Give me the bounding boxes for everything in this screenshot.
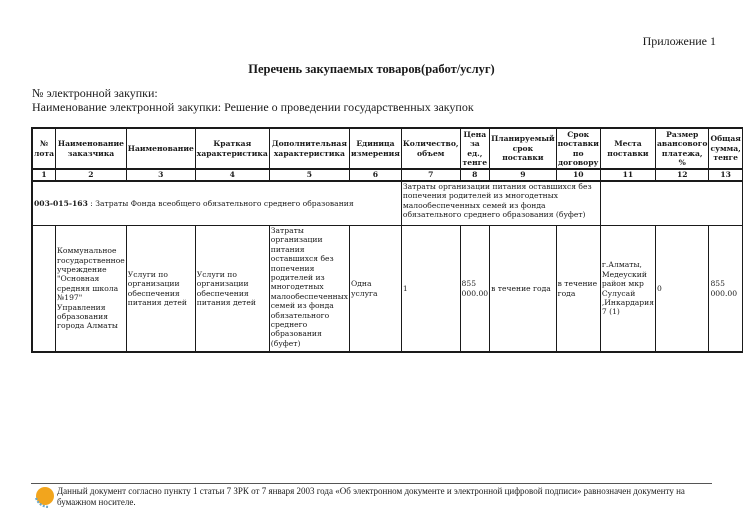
header-row: № лота Наименование заказчика Наименован… xyxy=(32,128,743,169)
document-title: Перечень закупаемых товаров(работ/услуг) xyxy=(0,62,743,77)
col-header-planned: Планируемый срок поставки xyxy=(490,128,556,169)
budget-description: Затраты организации питания оставшихся б… xyxy=(401,181,600,226)
legal-notice: Данный документ согласно пункту 1 статьи… xyxy=(57,486,723,508)
procurement-number-label: № электронной закупки: xyxy=(32,86,158,100)
lots-table: № лота Наименование заказчика Наименован… xyxy=(31,127,743,353)
cell-planned-delivery: в течение года xyxy=(490,226,556,353)
budget-code: 003-015-163 xyxy=(34,199,88,208)
cell-unit-price: 855 000.00 xyxy=(460,226,490,353)
cell-delivery-place: г.Алматы, Медеуский район мкр Сулусай ,И… xyxy=(600,226,655,353)
procurement-meta: № электронной закупки: Наименование элек… xyxy=(32,86,474,114)
procurement-name-value: Решение о проведении государственных зак… xyxy=(224,100,474,114)
col-number: 11 xyxy=(600,169,655,181)
col-header-unit: Единица измерения xyxy=(350,128,402,169)
col-number: 7 xyxy=(401,169,460,181)
col-number: 2 xyxy=(56,169,127,181)
col-number: 6 xyxy=(350,169,402,181)
column-number-row: 1 2 3 4 5 6 7 8 9 10 11 12 13 xyxy=(32,169,743,181)
cell-total: 855 000.00 xyxy=(709,226,743,353)
col-number: 8 xyxy=(460,169,490,181)
col-number: 1 xyxy=(32,169,56,181)
col-header-additional: Дополнительная характеристика xyxy=(269,128,349,169)
budget-group-row: 003-015-163 : Затраты Фонда всеобщего об… xyxy=(32,181,743,226)
budget-code-cell: 003-015-163 : Затраты Фонда всеобщего об… xyxy=(32,181,401,226)
col-header-price: Цена за ед., тенге xyxy=(460,128,490,169)
col-number: 12 xyxy=(656,169,709,181)
col-number: 3 xyxy=(126,169,195,181)
appendix-label: Приложение 1 xyxy=(643,34,716,49)
cell-quantity: 1 xyxy=(401,226,460,353)
procurement-number: № электронной закупки: xyxy=(32,86,474,100)
procurement-name: Наименование электронной закупки: Решени… xyxy=(32,100,474,114)
col-header-place: Места поставки xyxy=(600,128,655,169)
budget-empty-cell xyxy=(600,181,743,226)
footer-divider xyxy=(31,483,712,484)
cell-additional-description: Затраты организации питания оставшихся б… xyxy=(269,226,349,353)
cell-customer: Коммунальное государственное учреждение … xyxy=(56,226,127,353)
col-number: 13 xyxy=(709,169,743,181)
cell-advance-percent: 0 xyxy=(656,226,709,353)
col-number: 4 xyxy=(195,169,269,181)
col-header-short: Краткая характеристика xyxy=(195,128,269,169)
budget-name: Затраты Фонда всеобщего обязательного ср… xyxy=(95,199,353,208)
cell-unit: Одна услуга xyxy=(350,226,402,353)
col-header-customer: Наименование заказчика xyxy=(56,128,127,169)
col-number: 10 xyxy=(556,169,600,181)
col-header-contract: Срок поставки по договору xyxy=(556,128,600,169)
col-header-total: Общая сумма, тенге xyxy=(709,128,743,169)
col-number: 5 xyxy=(269,169,349,181)
cell-lot-no xyxy=(32,226,56,353)
cell-name: Услуги по организации обеспечения питани… xyxy=(126,226,195,353)
cell-contract-delivery: в течение года xyxy=(556,226,600,353)
col-header-quantity: Количество, объем xyxy=(401,128,460,169)
cell-short-description: Услуги по организации обеспечения питани… xyxy=(195,226,269,353)
col-header-advance: Размер авансового платежа, % xyxy=(656,128,709,169)
col-header-name: Наименование xyxy=(126,128,195,169)
col-header-lot: № лота xyxy=(32,128,56,169)
col-number: 9 xyxy=(490,169,556,181)
table-row: Коммунальное государственное учреждение … xyxy=(32,226,743,353)
egov-sun-logo-icon xyxy=(33,486,55,508)
procurement-name-label: Наименование электронной закупки: xyxy=(32,100,221,114)
